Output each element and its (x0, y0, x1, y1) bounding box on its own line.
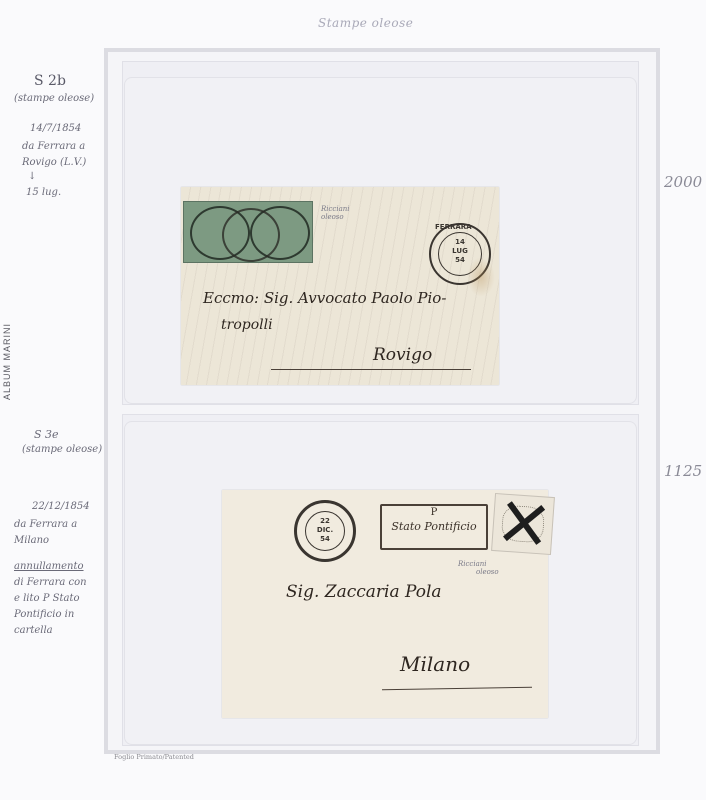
cover-1[interactable]: Riccianioleoso FERRARA 14 LUG 54 Eccmo: … (181, 187, 499, 385)
entry2-price: 1125 (664, 462, 702, 480)
x-cancel-icon (492, 494, 554, 554)
page-title: Stampe oleose (318, 16, 413, 30)
entry1-arrow: ↓ (28, 170, 36, 183)
cover2-postmark: 22 DIC. 54 (294, 500, 356, 562)
entry2-variety: (stampe oleose) (22, 443, 102, 456)
entry2-note-1: annullamento (14, 560, 84, 573)
entry1-route-2: Rovigo (L.V.) (22, 156, 86, 169)
entry1-code: S 2b (34, 73, 66, 89)
album-name-label: ALBUM MARINI (2, 320, 12, 400)
stato-pontificio-mark: P Stato Pontificio (380, 504, 488, 550)
footer-brand: Foglio Primato/Patented (114, 753, 194, 761)
entry2-date: 22/12/1854 (32, 500, 90, 513)
entry2-note-3: e lito P Stato (14, 592, 80, 605)
cover2-address-2: Milano (400, 652, 470, 676)
entry2-note-4: Pontificio in (14, 608, 74, 621)
cover1-address-1: Eccmo: Sig. Avvocato Paolo Pio- (203, 289, 446, 307)
entry2-route-1: da Ferrara a (14, 518, 77, 531)
entry1-price: 2000 (664, 173, 702, 191)
entry1-date: 14/7/1854 (30, 122, 81, 135)
entry2-note-5: cartella (14, 624, 53, 637)
cover2-address-1: Sig. Zaccaria Pola (286, 582, 442, 602)
entry1-route-1: da Ferrara a (22, 140, 85, 153)
entry2-note-2: di Ferrara con (14, 576, 87, 589)
entry2-code: S 3e (34, 428, 59, 441)
cover1-address-3: Rovigo (373, 345, 432, 365)
entry1-arrival: 15 lug. (26, 186, 61, 199)
cover2-pencil-note: Riccianioleoso (458, 560, 499, 576)
entry1-variety: (stampe oleose) (14, 92, 94, 105)
cover-2[interactable]: 22 DIC. 54 P Stato Pontificio Riccianiol… (222, 490, 548, 718)
entry2-route-2: Milano (14, 534, 49, 547)
stamp-pair (183, 201, 313, 263)
cover1-address-2: tropolli (221, 317, 273, 333)
cover1-pencil-note: Riccianioleoso (321, 205, 350, 221)
x-cancel-stamp (491, 493, 555, 555)
